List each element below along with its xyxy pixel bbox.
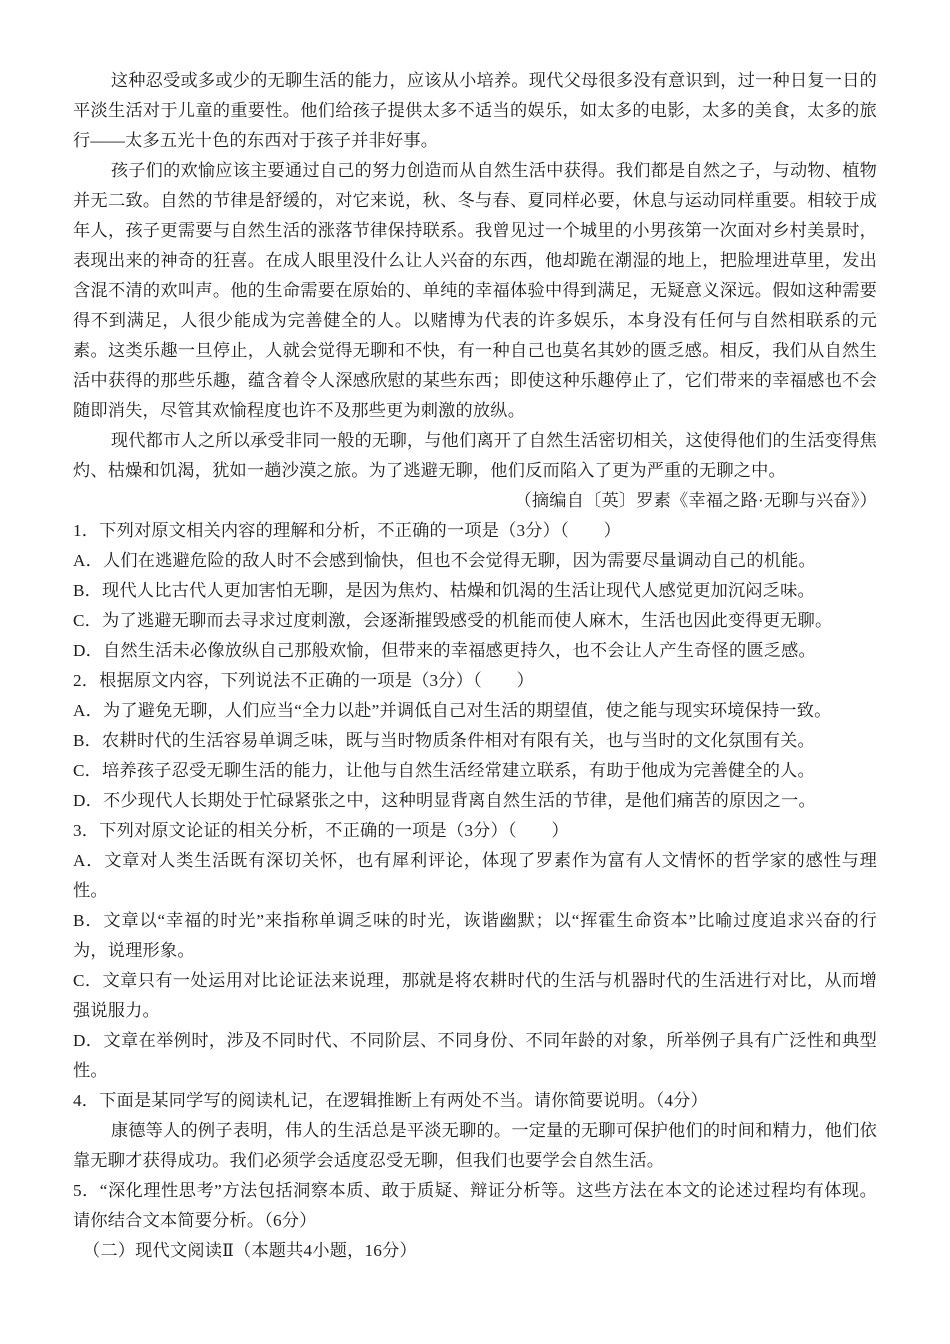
question-2-option-c: C．培养孩子忍受无聊生活的能力，让他与自然生活经常建立联系，有助于他成为完善健全…: [73, 756, 877, 786]
question-1-option-a: A．人们在逃避危险的敌人时不会感到愉快，但也不会觉得无聊，因为需要尽量调动自己的…: [73, 546, 877, 576]
section-heading-reading-2: （二）现代文阅读Ⅱ（本题共4小题，16分）: [73, 1236, 877, 1266]
question-4: 4．下面是某同学写的阅读札记，在逻辑推断上有两处不当。请你简要说明。（4分） 康…: [73, 1086, 877, 1176]
question-2-option-a: A．为了避免无聊，人们应当“全力以赴”并调低自己对生活的期望值，使之能与现实环境…: [73, 696, 877, 726]
question-5: 5．“深化理性思考”方法包括洞察本质、敢于质疑、辩证分析等。这些方法在本文的论述…: [73, 1176, 877, 1236]
question-3: 3．下列对原文论证的相关分析，不正确的一项是（3分）（ ） A．文章对人类生活既…: [73, 816, 877, 1086]
passage-paragraph-2: 孩子们的欢愉应该主要通过自己的努力创造而从自然生活中获得。我们都是自然之子，与动…: [73, 156, 877, 426]
question-4-stem: 4．下面是某同学写的阅读札记，在逻辑推断上有两处不当。请你简要说明。（4分）: [73, 1086, 877, 1116]
question-3-stem: 3．下列对原文论证的相关分析，不正确的一项是（3分）（ ）: [73, 816, 877, 846]
question-2-option-d: D．不少现代人长期处于忙碌紧张之中，这种明显背离自然生活的节律，是他们痛苦的原因…: [73, 786, 877, 816]
reading-passage: 这种忍受或多或少的无聊生活的能力，应该从小培养。现代父母很多没有意识到，过一种日…: [73, 66, 877, 516]
question-5-stem: 5．“深化理性思考”方法包括洞察本质、敢于质疑、辩证分析等。这些方法在本文的论述…: [73, 1176, 877, 1236]
question-2-stem: 2．根据原文内容，下列说法不正确的一项是（3分）（ ）: [73, 666, 877, 696]
question-1-option-b: B．现代人比古代人更加害怕无聊，是因为焦灼、枯燥和饥渴的生活让现代人感觉更加沉闷…: [73, 576, 877, 606]
question-3-option-a: A．文章对人类生活既有深切关怀，也有犀利评论，体现了罗素作为富有人文情怀的哲学家…: [73, 846, 877, 906]
passage-attribution: （摘编自〔英〕罗素《幸福之路·无聊与兴奋》）: [73, 486, 877, 516]
exam-document-page: 这种忍受或多或少的无聊生活的能力，应该从小培养。现代父母很多没有意识到，过一种日…: [0, 0, 950, 1266]
question-4-note: 康德等人的例子表明，伟人的生活总是平淡无聊的。一定量的无聊可保护他们的时间和精力…: [73, 1116, 877, 1176]
question-3-option-b: B．文章以“幸福的时光”来指称单调乏味的时光，诙谐幽默；以“挥霍生命资本”比喻过…: [73, 906, 877, 966]
question-3-option-d: D．文章在举例时，涉及不同时代、不同阶层、不同身份、不同年龄的对象，所举例子具有…: [73, 1026, 877, 1086]
question-2: 2．根据原文内容，下列说法不正确的一项是（3分）（ ） A．为了避免无聊，人们应…: [73, 666, 877, 816]
passage-paragraph-3: 现代都市人之所以承受非同一般的无聊，与他们离开了自然生活密切相关，这使得他们的生…: [73, 426, 877, 486]
question-2-option-b: B．农耕时代的生活容易单调乏味，既与当时物质条件相对有限有关，也与当时的文化氛围…: [73, 726, 877, 756]
question-1-option-d: D．自然生活未必像放纵自己那般欢愉，但带来的幸福感更持久，也不会让人产生奇怪的匮…: [73, 636, 877, 666]
question-1-stem: 1．下列对原文相关内容的理解和分析，不正确的一项是（3分）（ ）: [73, 516, 877, 546]
question-1: 1．下列对原文相关内容的理解和分析，不正确的一项是（3分）（ ） A．人们在逃避…: [73, 516, 877, 666]
question-1-option-c: C．为了逃避无聊而去寻求过度刺激，会逐渐摧毁感受的机能而使人麻木，生活也因此变得…: [73, 606, 877, 636]
passage-paragraph-1: 这种忍受或多或少的无聊生活的能力，应该从小培养。现代父母很多没有意识到，过一种日…: [73, 66, 877, 156]
question-3-option-c: C．文章只有一处运用对比论证法来说理，那就是将农耕时代的生活与机器时代的生活进行…: [73, 966, 877, 1026]
